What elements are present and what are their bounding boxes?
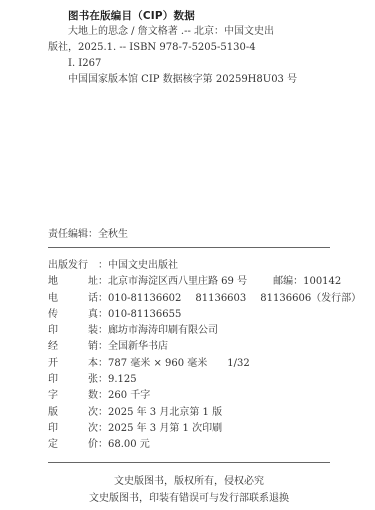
colon: ： xyxy=(98,339,108,355)
format-fraction: 1/32 xyxy=(227,356,249,372)
impression-value: 2025 年 3 月第 1 次印刷 xyxy=(108,421,222,437)
label-char: 版 xyxy=(48,405,58,421)
sheets-value: 9.125 xyxy=(108,372,137,388)
label-char: 次 xyxy=(88,421,98,437)
spacer xyxy=(246,291,260,307)
label-char: 地 xyxy=(48,274,58,290)
colon: ： xyxy=(98,437,108,453)
info-row-distribution: 经销 ： 全国新华书店 xyxy=(48,339,361,355)
label-char: 真 xyxy=(88,307,98,323)
label-char: 电 xyxy=(48,291,58,307)
label-char: 定 xyxy=(48,437,58,453)
divider-top xyxy=(48,247,330,248)
cip-line-record-number: 中国国家版本馆 CIP 数据核字第 20259H8U03 号 xyxy=(68,73,297,87)
phone-label: 电话 xyxy=(48,291,98,307)
label-char: 话 xyxy=(88,291,98,307)
publisher-label: 出版发行 xyxy=(48,258,98,274)
colon: ： xyxy=(98,258,108,274)
spacer xyxy=(207,356,227,372)
label-char: 本 xyxy=(88,356,98,372)
info-row-phone: 电话 ： 010-81136602 81136603 81136606（发行部） xyxy=(48,291,361,307)
fax-value: 010-81136655 xyxy=(108,307,181,323)
colon: ： xyxy=(98,274,108,290)
label-char: 开 xyxy=(48,356,58,372)
label-char: 次 xyxy=(88,405,98,421)
publisher-value: 中国文史出版社 xyxy=(108,258,178,274)
phone-value-1: 010-81136602 xyxy=(108,291,181,307)
info-row-printing: 印装 ： 廊坊市海涛印刷有限公司 xyxy=(48,323,361,339)
colon: ： xyxy=(98,291,108,307)
price-label: 定价 xyxy=(48,437,98,453)
fax-label: 传真 xyxy=(48,307,98,323)
phone-value-3: 81136606（发行部） xyxy=(260,291,361,307)
info-row-price: 定价 ： 68.00 元 xyxy=(48,437,361,453)
info-row-fax: 传真 ： 010-81136655 xyxy=(48,307,361,323)
colon: ： xyxy=(98,405,108,421)
spacer xyxy=(247,274,273,290)
distribution-label: 经销 xyxy=(48,339,98,355)
divider-bottom xyxy=(48,462,330,463)
cip-line-classification: Ⅰ. I267 xyxy=(68,57,101,71)
words-label: 字数 xyxy=(48,388,98,404)
label-char: 数 xyxy=(88,388,98,404)
info-row-words: 字数 ： 260 千字 xyxy=(48,388,361,404)
misprint-notice: 文史版图书，印装有错误可与发行部联系退换 xyxy=(48,489,330,504)
label-char: 印 xyxy=(48,372,58,388)
spacer xyxy=(181,291,195,307)
colon: ： xyxy=(98,372,108,388)
postcode-label: 邮编： xyxy=(273,274,303,290)
postcode-value: 100142 xyxy=(303,274,341,290)
label-char: 装 xyxy=(88,323,98,339)
responsible-editor: 责任编辑：全秋生 xyxy=(48,225,128,240)
label-char: 字 xyxy=(48,388,58,404)
printing-label: 印装 xyxy=(48,323,98,339)
cip-title: 图书在版编目（CIP）数据 xyxy=(68,8,195,23)
label-char: 传 xyxy=(48,307,58,323)
colon: ： xyxy=(98,307,108,323)
edition-value: 2025 年 3 月北京第 1 版 xyxy=(108,405,222,421)
address-value: 北京市海淀区西八里庄路 69 号 xyxy=(108,274,247,290)
info-row-format: 开本 ： 787 毫米 × 960 毫米 1/32 xyxy=(48,356,361,372)
label-char: 印 xyxy=(48,323,58,339)
address-label: 地址 xyxy=(48,274,98,290)
label-char: 址 xyxy=(88,274,98,290)
cip-line-title-author: 大地上的思念 / 詹文格著 .-- 北京：中国文史出 xyxy=(68,25,274,39)
edition-label: 版次 xyxy=(48,405,98,421)
cip-line-isbn: 版社，2025.1. -- ISBN 978-7-5205-5130-4 xyxy=(48,41,256,55)
editor-label: 责任编辑： xyxy=(48,229,98,240)
colon: ： xyxy=(98,356,108,372)
printing-value: 廊坊市海涛印刷有限公司 xyxy=(108,323,218,339)
publication-info: 出版发行 ： 中国文史出版社 地址 ： 北京市海淀区西八里庄路 69 号 邮编：… xyxy=(48,258,361,454)
label-char: 价 xyxy=(88,437,98,453)
label-char: 经 xyxy=(48,339,58,355)
distribution-value: 全国新华书店 xyxy=(108,339,168,355)
phone-value-2: 81136603 xyxy=(195,291,246,307)
label-char: 销 xyxy=(88,339,98,355)
sheets-label: 印张 xyxy=(48,372,98,388)
editor-name: 全秋生 xyxy=(98,229,128,240)
impression-label: 印次 xyxy=(48,421,98,437)
label-char: 印 xyxy=(48,421,58,437)
info-row-publisher: 出版发行 ： 中国文史出版社 xyxy=(48,258,361,274)
words-value: 260 千字 xyxy=(108,388,150,404)
info-row-edition: 版次 ： 2025 年 3 月北京第 1 版 xyxy=(48,405,361,421)
label-char: 张 xyxy=(88,372,98,388)
colon: ： xyxy=(98,323,108,339)
format-label: 开本 xyxy=(48,356,98,372)
copyright-notice: 文史版图书，版权所有，侵权必究 xyxy=(48,472,330,487)
format-value: 787 毫米 × 960 毫米 xyxy=(108,356,207,372)
price-value: 68.00 元 xyxy=(108,437,150,453)
info-row-address: 地址 ： 北京市海淀区西八里庄路 69 号 邮编： 100142 xyxy=(48,274,361,290)
colon: ： xyxy=(98,388,108,404)
info-row-sheets: 印张 ： 9.125 xyxy=(48,372,361,388)
info-row-impression: 印次 ： 2025 年 3 月第 1 次印刷 xyxy=(48,421,361,437)
colon: ： xyxy=(98,421,108,437)
